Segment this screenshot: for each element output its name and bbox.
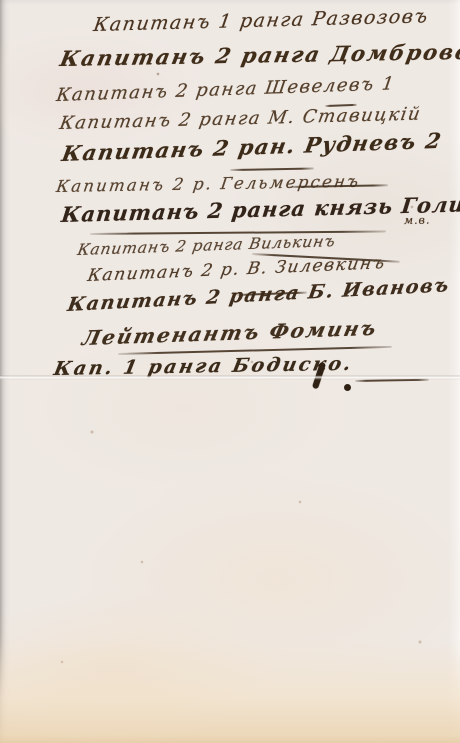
ink-underline bbox=[90, 230, 386, 235]
ink-underline bbox=[230, 168, 314, 171]
signature-line: Капитанъ 2 ранга М. Ставицкій bbox=[58, 104, 423, 134]
signature-line: Капитанъ 1 ранга Развозовъ bbox=[92, 5, 430, 36]
signature-line: Капитанъ 2 р. Гельмерсенъ bbox=[55, 172, 362, 196]
signature-line: Капитанъ 2 ран. Рудневъ 2 bbox=[60, 128, 444, 166]
ink-dot bbox=[344, 384, 351, 391]
signature-line: Капитанъ 2 ранга Шевелевъ 1 bbox=[55, 73, 396, 106]
signature-line: Лейтенантъ Фоминъ bbox=[80, 316, 380, 350]
signature-line: Капитанъ 2 ранга князь Голицынъ. bbox=[60, 189, 460, 227]
signature-line: Капитанъ 2 ранга Домбровскій bbox=[58, 38, 460, 71]
scanned-document-page: Капитанъ 1 ранга Развозовъ Капитанъ 2 ра… bbox=[0, 0, 460, 743]
signature-initials-note: м.в. bbox=[404, 214, 431, 227]
fold-crease bbox=[0, 375, 460, 380]
